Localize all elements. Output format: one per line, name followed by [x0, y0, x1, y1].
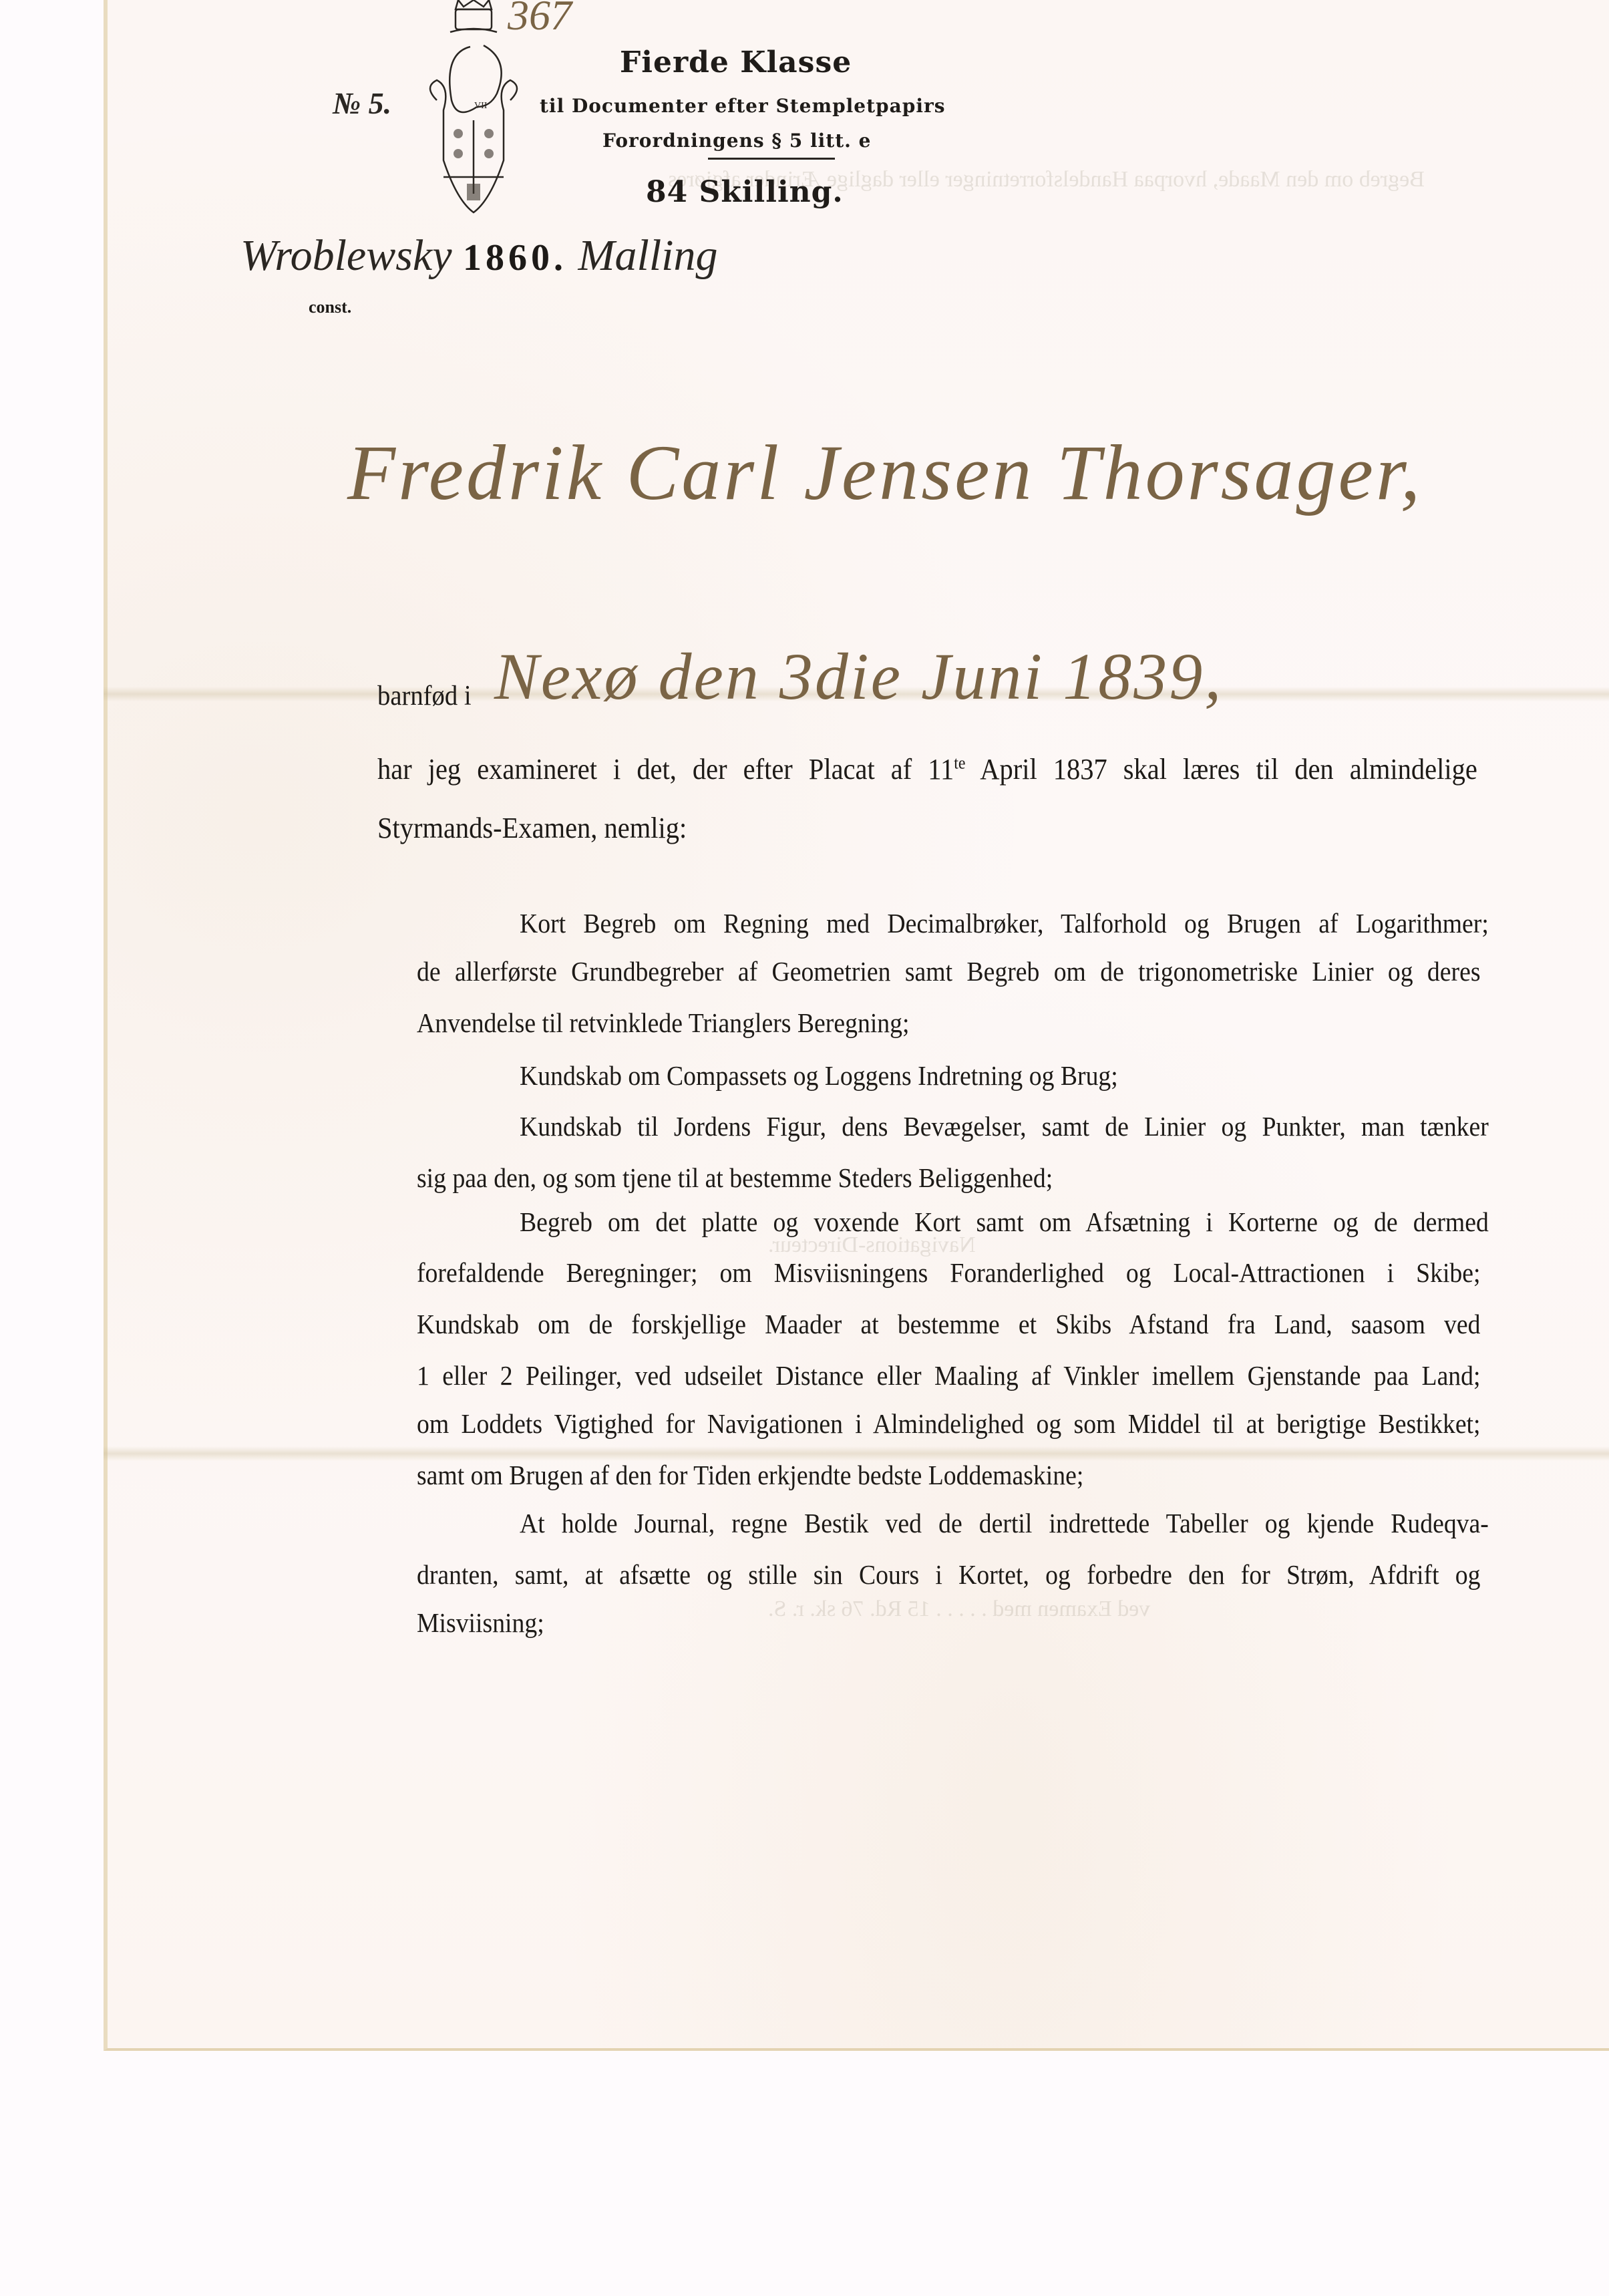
intro-text-b: April 1837 skal læres til den almindelig…	[965, 753, 1477, 786]
engraver-left: Wroblewsky	[240, 231, 452, 280]
royal-monogram-crest-icon: VII	[417, 0, 530, 214]
paragraph-line: Kort Begreb om Regning med Decimalbrøker…	[520, 907, 1489, 939]
stamp-line2: Forordningens § 5 litt. e	[602, 130, 871, 152]
born-label: barnfød i	[377, 680, 472, 712]
paragraph-line: At holde Journal, regne Bestik ved de de…	[520, 1507, 1489, 1539]
intro-line-1: har jeg examineret i det, der efter Plac…	[377, 752, 1477, 786]
stamp-year: 1860.	[463, 237, 567, 279]
paragraph-line: sig paa den, og som tjene til at bestemm…	[417, 1162, 1481, 1194]
paragraph-line: samt om Brugen af den for Tiden erkjendt…	[417, 1459, 1481, 1491]
stamp-price: 84 Skilling.	[646, 175, 844, 209]
born-place-date: Nexø den 3die Juni 1839,	[494, 638, 1223, 715]
intro-superscript: te	[954, 753, 965, 772]
paragraph-line: forefaldende Beregninger; om Misviisning…	[417, 1257, 1481, 1289]
paragraph-line: Begreb om det platte og voxende Kort sam…	[520, 1206, 1489, 1238]
paragraph-line: Anvendelse til retvinklede Trianglers Be…	[417, 1007, 1481, 1039]
intro-text-a: har jeg examineret i det, der efter Plac…	[377, 753, 954, 786]
paragraph-line: dranten, samt, at afsætte og stille sin …	[417, 1559, 1481, 1591]
stamp-engraver-line: Wroblewsky 1860. Malling	[240, 230, 718, 281]
paragraph-line: de allerførste Grundbegreber af Geometri…	[417, 955, 1481, 987]
stamp-const: const.	[309, 297, 351, 317]
stamp-class-title: Fierde Klasse	[620, 45, 852, 79]
candidate-name: Fredrik Carl Jensen Thorsager,	[347, 428, 1423, 518]
paragraph-line: Kundskab om de forskjellige Maader at be…	[417, 1308, 1481, 1340]
svg-text:VII: VII	[474, 101, 488, 111]
paragraph-line: Kundskab til Jordens Figur, dens Bevægel…	[520, 1110, 1489, 1142]
engraver-right: Malling	[578, 231, 718, 280]
paragraph-line: Kundskab om Compassets og Loggens Indret…	[520, 1059, 1489, 1092]
stamp-number: № 5.	[333, 86, 391, 121]
paragraph-line: 1 eller 2 Peilinger, ved udseilet Distan…	[417, 1359, 1481, 1391]
stamp-line1: til Documenter efter Stempletpapirs	[540, 95, 945, 117]
paragraph-line: om Loddets Vigtighed for Navigationen i …	[417, 1408, 1481, 1440]
intro-line-2: Styrmands-Examen, nemlig:	[377, 811, 1441, 845]
paragraph-line: Misviisning;	[417, 1607, 1481, 1639]
stamp-divider	[708, 158, 835, 160]
